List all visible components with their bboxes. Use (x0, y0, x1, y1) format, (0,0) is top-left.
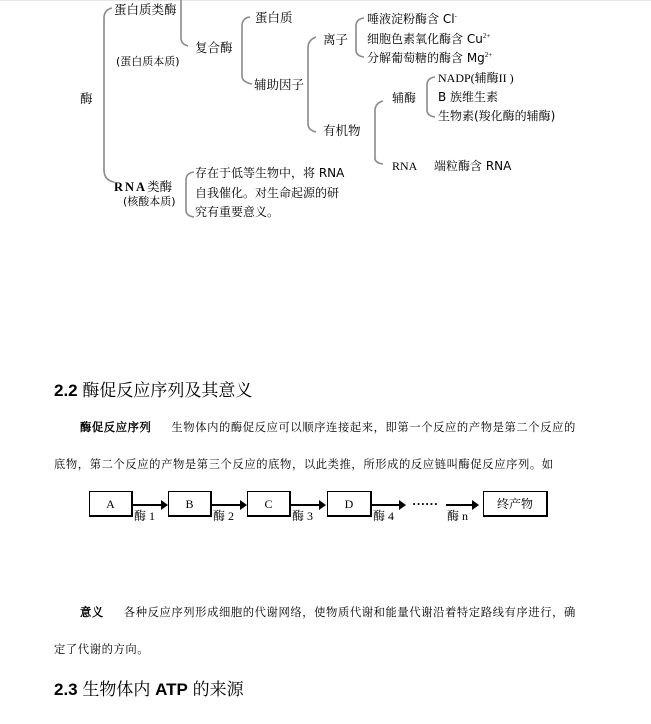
tree-ion-item-1: 唾液淀粉酶含 Cl- (367, 12, 457, 26)
chain-arrow-n (446, 504, 477, 506)
tree-rna-enzyme-note: (核酸本质) (123, 195, 176, 208)
chain-enzyme-3: 酶3 (292, 509, 313, 523)
chain-enzyme-4: 酶4 (373, 509, 394, 523)
tree-rna-desc-line-1: 存在于低等生物中，将 RNA (195, 166, 344, 180)
tree-rna-desc-line-2: 自我催化。对生命起源的研 (195, 186, 339, 200)
tree-ion-item-3: 分解葡萄糖的酶含 Mg2+ (367, 51, 492, 65)
chain-node-d: D (327, 491, 372, 517)
tree-organic: 有机物 (323, 124, 361, 138)
tree-protein-enzyme-note: (蛋白质本质) (116, 55, 180, 68)
tree-cofactor: 辅助因子 (254, 78, 304, 92)
paragraph-sequence-line-2: 底物，第二个反应的产物是第三个反应的底物，以此类推，所形成的反应链叫酶促反应序列… (54, 458, 554, 472)
chain-arrow-3 (291, 504, 324, 506)
chain-arrow-1 (133, 504, 166, 506)
chain-node-a: A (89, 491, 133, 517)
chain-node-b: B (168, 491, 212, 517)
section-heading-2-2: 2.2 酶促反应序列及其意义 (54, 381, 252, 401)
tree-complex-enzyme: 复合酶 (195, 41, 233, 55)
chain-ellipsis: …… (412, 493, 438, 509)
chain-node-c: C (247, 491, 291, 517)
chain-enzyme-1: 酶1 (134, 509, 155, 523)
chain-node-final-product: 终产物 (483, 491, 548, 517)
tree-rna-enzyme: RNA类酶 (114, 180, 172, 194)
chain-enzyme-2: 酶2 (213, 509, 234, 523)
tree-coenzyme-item-1: NADP(辅酶II ) (438, 71, 514, 85)
tree-protein: 蛋白质 (255, 11, 293, 25)
chain-arrow-2 (212, 504, 245, 506)
tree-coenzyme: 辅酶 (392, 91, 416, 105)
tree-rna-desc-line-3: 究有重要意义。 (195, 205, 279, 219)
paragraph-sequence-line-1: 酶促反应序列生物体内的酶促反应可以顺序连接起来，即第一个反应的产物是第二个反应的 (80, 421, 576, 435)
tree-root-enzyme: 酶 (80, 92, 93, 106)
tree-rna-telomerase: 端粒酶含 RNA (434, 159, 511, 173)
tree-ion-item-2: 细胞色素氧化酶含 Cu2+ (367, 32, 490, 46)
section-heading-2-3: 2.3 生物体内 ATP 的来源 (54, 680, 244, 700)
chain-arrow-4 (372, 504, 404, 506)
tree-protein-enzyme: 蛋白质类酶 (114, 3, 177, 17)
tree-rna: RNA (392, 159, 417, 173)
chain-enzyme-n: 酶n (447, 509, 468, 523)
tree-coenzyme-item-2: B 族维生素 (438, 90, 498, 104)
paragraph-significance-line-2: 定了代谢的方向。 (54, 643, 149, 657)
tree-coenzyme-item-3: 生物素(羧化酶的辅酶) (438, 109, 555, 123)
tree-ion: 离子 (323, 33, 348, 47)
paragraph-significance-line-1: 意义各种反应序列形成细胞的代谢网络，使物质代谢和能量代谢沿着特定路线有序进行，确 (80, 606, 576, 620)
